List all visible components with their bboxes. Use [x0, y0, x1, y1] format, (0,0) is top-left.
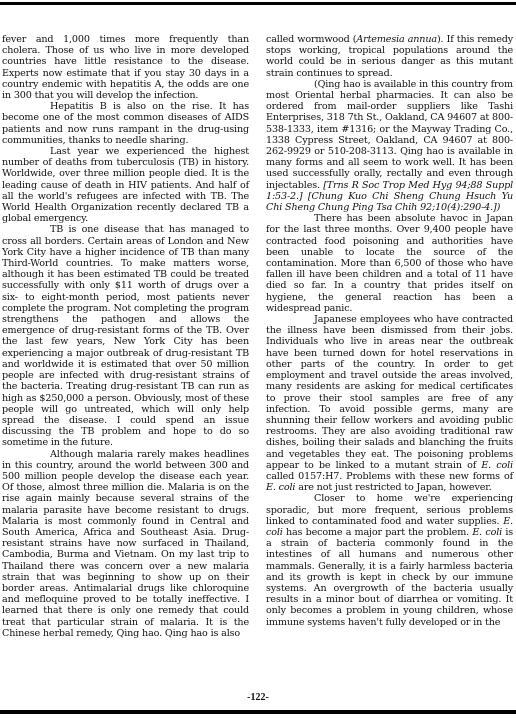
paragraph-japan-havoc: There has been absolute havoc in Japan f… — [266, 213, 513, 314]
text-run: Closer to home we're experiencing sporad… — [266, 493, 513, 526]
page-number: -122- — [0, 692, 516, 703]
paragraph-tb-deaths: Last year we experienced the highest num… — [2, 146, 249, 224]
paragraph-japanese-employees: Japanese employees who have contracted t… — [266, 314, 513, 493]
paragraph-hepatitis-a: fever and 1,000 times more frequently th… — [2, 34, 249, 101]
species-name: E. coli — [481, 460, 513, 471]
text-run: called 0157:H7. Problems with these new … — [266, 471, 513, 482]
species-name: E. coli — [266, 482, 295, 493]
top-rule — [0, 2, 516, 5]
text-run: called wormwood ( — [266, 34, 356, 45]
text-run: has become a major part the problem. — [283, 527, 473, 538]
paragraph-hepatitis-b: Hepatitis B is also on the rise. It has … — [2, 101, 249, 146]
left-column: fever and 1,000 times more frequently th… — [2, 34, 249, 639]
paragraph-closer-to-home: Closer to home we're experiencing sporad… — [266, 493, 513, 627]
species-name: E. coli — [472, 527, 502, 538]
paragraph-qing-hao-availability: (Qing hao is available in this country f… — [266, 79, 513, 213]
text-run: is a strain of bacteria commonly found i… — [266, 527, 513, 628]
text-run: Japanese employees who have contracted t… — [266, 314, 513, 471]
paragraph-malaria: Although malaria rarely makes headlines … — [2, 449, 249, 639]
bottom-rule — [0, 710, 516, 714]
right-column: called wormwood (Artemesia annua). If th… — [266, 34, 513, 628]
text-run: (Qing hao is available in this country f… — [266, 79, 513, 191]
paragraph-wormwood: called wormwood (Artemesia annua). If th… — [266, 34, 513, 79]
paragraph-tb-borders: TB is one disease that has managed to cr… — [2, 224, 249, 448]
species-name: Artemesia annua — [356, 34, 437, 45]
text-run: are not just restricted to Japan, howeve… — [295, 482, 491, 493]
